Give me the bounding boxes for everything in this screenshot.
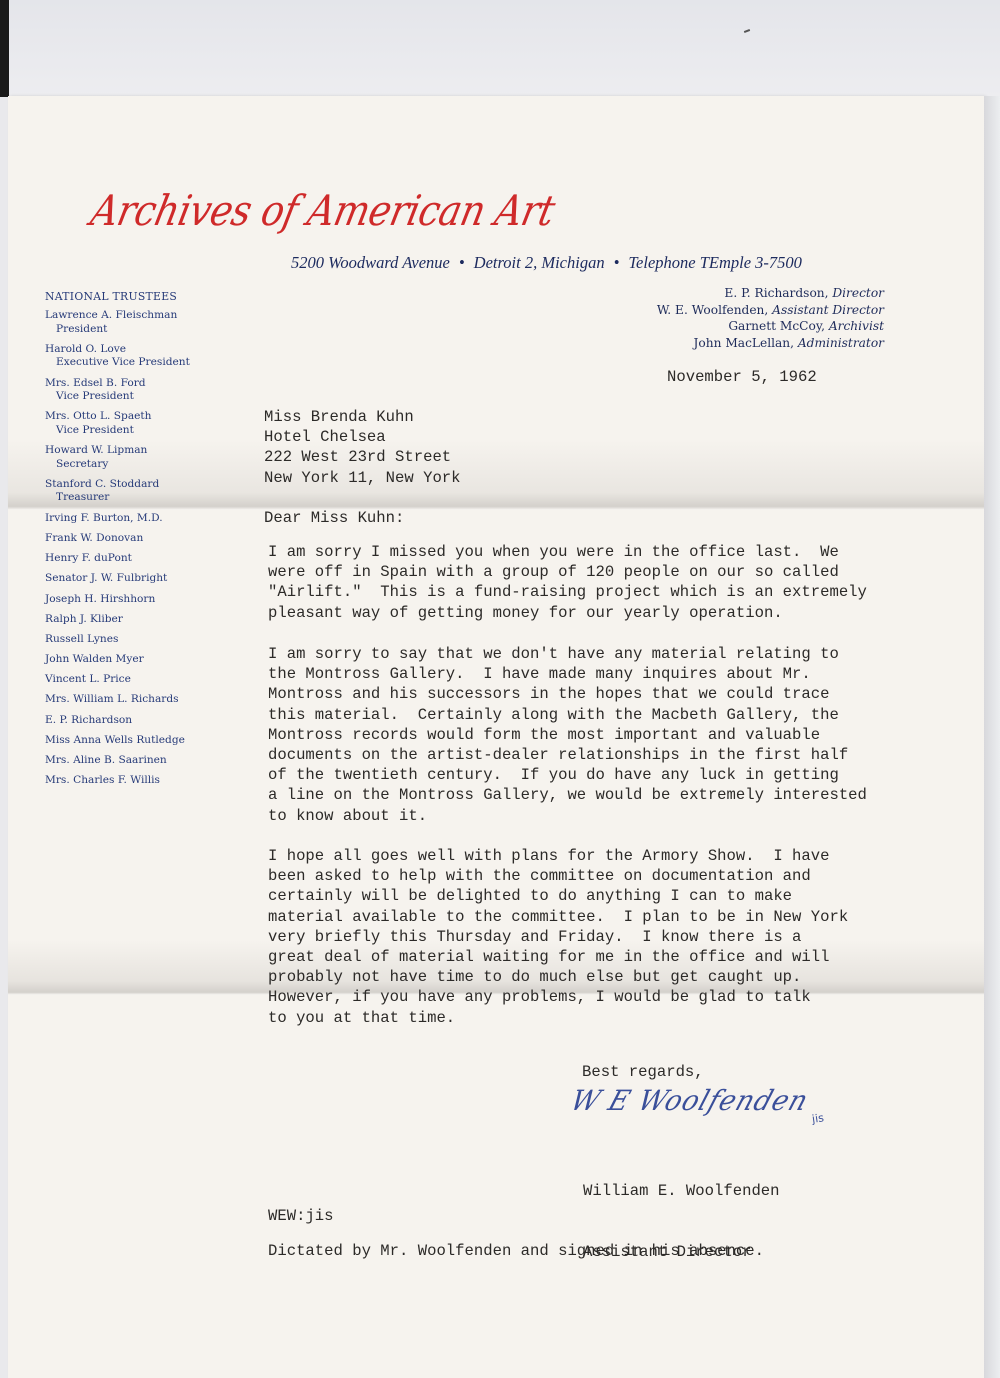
staff-member: W. E. Woolfenden, Assistant Director (657, 302, 884, 319)
trustee-name: Senator J. W. Fulbright (45, 572, 190, 586)
body-line: to know about it. (268, 806, 867, 826)
handwritten-signature: W E Woolfenden (567, 1084, 813, 1117)
body-line: I hope all goes well with plans for the … (268, 846, 848, 866)
trustee-name: Irving F. Burton, M.D. (45, 512, 190, 526)
letter-date: November 5, 1962 (667, 367, 817, 387)
trustee-name: Vincent L. Price (45, 673, 190, 687)
staff-name: E. P. Richardson, (724, 286, 832, 300)
trustees-heading: NATIONAL TRUSTEES (45, 290, 190, 303)
trustee-title: Vice President (45, 424, 190, 438)
trustee-name: Ralph J. Kliber (45, 613, 190, 627)
bullet-separator: • (614, 253, 620, 272)
trustee-officers: Lawrence A. FleischmanPresidentHarold O.… (45, 309, 190, 505)
staff-member: John MacLellan, Administrator (657, 335, 884, 352)
trustee-member: Irving F. Burton, M.D. (45, 512, 190, 526)
body-line: material available to the committee. I p… (268, 907, 848, 927)
staff-role: Administrator (798, 336, 884, 350)
body-line: However, if you have any problems, I wou… (268, 987, 848, 1007)
closing: Best regards, (582, 1062, 704, 1082)
recipient-line: New York 11, New York (264, 468, 461, 488)
staff-role: Assistant Director (772, 303, 884, 317)
trustee-name: Miss Anna Wells Rutledge (45, 734, 190, 748)
trustee-title: Vice President (45, 390, 190, 404)
trustee-member: Senator J. W. Fulbright (45, 572, 190, 586)
trustee-officer: Howard W. LipmanSecretary (45, 444, 190, 471)
trustee-name: Mrs. Aline B. Saarinen (45, 754, 190, 768)
body-line: to you at that time. (268, 1008, 848, 1028)
trustee-member: John Walden Myer (45, 653, 190, 667)
recipient-line: Hotel Chelsea (264, 427, 461, 447)
trustee-member: Mrs. Charles F. Willis (45, 774, 190, 788)
trustee-name: Mrs. Edsel B. Ford (45, 377, 190, 391)
body-paragraph: I am sorry to say that we don't have any… (268, 644, 867, 826)
dictation-note: Dictated by Mr. Woolfenden and signed in… (268, 1241, 764, 1261)
body-line: been asked to help with the committee on… (268, 866, 848, 886)
trustee-name: Stanford C. Stoddard (45, 478, 190, 492)
trustee-name: Harold O. Love (45, 343, 190, 357)
salutation: Dear Miss Kuhn: (264, 508, 404, 528)
scanner-edge (0, 0, 9, 97)
staff-name: John MacLellan, (694, 336, 798, 350)
trustee-officer: Stanford C. StoddardTreasurer (45, 478, 190, 505)
body-line: certainly will be delighted to do anythi… (268, 886, 848, 906)
body-line: of the twentieth century. If you do have… (268, 765, 867, 785)
trustees-sidebar: NATIONAL TRUSTEES Lawrence A. Fleischman… (45, 290, 190, 794)
trustee-name: Joseph H. Hirshhorn (45, 593, 190, 607)
trustee-name: Mrs. Charles F. Willis (45, 774, 190, 788)
trustee-officer: Harold O. LoveExecutive Vice President (45, 343, 190, 370)
body-line: great deal of material waiting for me in… (268, 947, 848, 967)
staff-member: E. P. Richardson, Director (657, 285, 884, 302)
body-line: the Montross Gallery. I have made many i… (268, 664, 867, 684)
scanner-background (9, 0, 1000, 97)
trustee-name: John Walden Myer (45, 653, 190, 667)
trustee-name: Mrs. William L. Richards (45, 693, 190, 707)
body-line: Montross and his successors in the hopes… (268, 684, 867, 704)
body-line: a line on the Montross Gallery, we would… (268, 785, 867, 805)
body-paragraph: I hope all goes well with plans for the … (268, 846, 848, 1028)
staff-name: W. E. Woolfenden, (657, 303, 772, 317)
letterhead-address: 5200 Woodward Avenue•Detroit 2, Michigan… (291, 253, 802, 273)
trustee-member: Joseph H. Hirshhorn (45, 593, 190, 607)
trustee-member: Vincent L. Price (45, 673, 190, 687)
trustee-member: Miss Anna Wells Rutledge (45, 734, 190, 748)
recipient-line: 222 West 23rd Street (264, 447, 461, 467)
telephone: Telephone TEmple 3-7500 (628, 253, 802, 272)
body-line: Montross records would form the most imp… (268, 725, 867, 745)
trustee-officer: Lawrence A. FleischmanPresident (45, 309, 190, 336)
staff-list: E. P. Richardson, DirectorW. E. Woolfend… (657, 285, 884, 351)
body-line: very briefly this Thursday and Friday. I… (268, 927, 848, 947)
body-line: pleasant way of getting money for our ye… (268, 603, 867, 623)
staff-name: Garnett McCoy, (728, 319, 829, 333)
trustee-member: Henry F. duPont (45, 552, 190, 566)
recipient-line: Miss Brenda Kuhn (264, 407, 461, 427)
trustee-title: Treasurer (45, 491, 190, 505)
city: Detroit 2, Michigan (474, 253, 605, 272)
trustee-name: Russell Lynes (45, 633, 190, 647)
trustee-members: Irving F. Burton, M.D.Frank W. DonovanHe… (45, 512, 190, 788)
trustee-member: Mrs. William L. Richards (45, 693, 190, 707)
signer-name: William E. Woolfenden (583, 1181, 780, 1201)
signer-block: William E. Woolfenden Assistant Director (583, 1141, 780, 1282)
body-line: documents on the artist-dealer relations… (268, 745, 867, 765)
trustee-name: Henry F. duPont (45, 552, 190, 566)
trustee-title: Executive Vice President (45, 356, 190, 370)
trustee-name: E. P. Richardson (45, 714, 190, 728)
body-line: probably not have time to do much else b… (268, 967, 848, 987)
trustee-name: Mrs. Otto L. Spaeth (45, 410, 190, 424)
trustee-name: Frank W. Donovan (45, 532, 190, 546)
trustee-title: Secretary (45, 458, 190, 472)
bullet-separator: • (459, 253, 465, 272)
body-line: I am sorry to say that we don't have any… (268, 644, 867, 664)
recipient-address: Miss Brenda KuhnHotel Chelsea222 West 23… (264, 407, 461, 488)
trustee-member: Frank W. Donovan (45, 532, 190, 546)
organization-logo: Archives of American Art (87, 186, 559, 235)
trustee-name: Lawrence A. Fleischman (45, 309, 190, 323)
staff-member: Garnett McCoy, Archivist (657, 318, 884, 335)
body-line: "Airlift." This is a fund-raising projec… (268, 582, 867, 602)
street-address: 5200 Woodward Avenue (291, 253, 450, 272)
page-shadow (984, 96, 1000, 1378)
staff-role: Director (832, 286, 884, 300)
trustee-member: E. P. Richardson (45, 714, 190, 728)
trustee-member: Mrs. Aline B. Saarinen (45, 754, 190, 768)
body-line: this material. Certainly along with the … (268, 705, 867, 725)
trustee-member: Russell Lynes (45, 633, 190, 647)
reference-initials: WEW:jis (268, 1206, 334, 1226)
trustee-name: Howard W. Lipman (45, 444, 190, 458)
staff-role: Archivist (829, 319, 884, 333)
body-line: I am sorry I missed you when you were in… (268, 542, 867, 562)
body-paragraph: I am sorry I missed you when you were in… (268, 542, 867, 623)
body-line: were off in Spain with a group of 120 pe… (268, 562, 867, 582)
trustee-title: President (45, 323, 190, 337)
trustee-member: Ralph J. Kliber (45, 613, 190, 627)
signature-initials: jis (811, 1111, 825, 1126)
trustee-officer: Mrs. Edsel B. FordVice President (45, 377, 190, 404)
trustee-officer: Mrs. Otto L. SpaethVice President (45, 410, 190, 437)
